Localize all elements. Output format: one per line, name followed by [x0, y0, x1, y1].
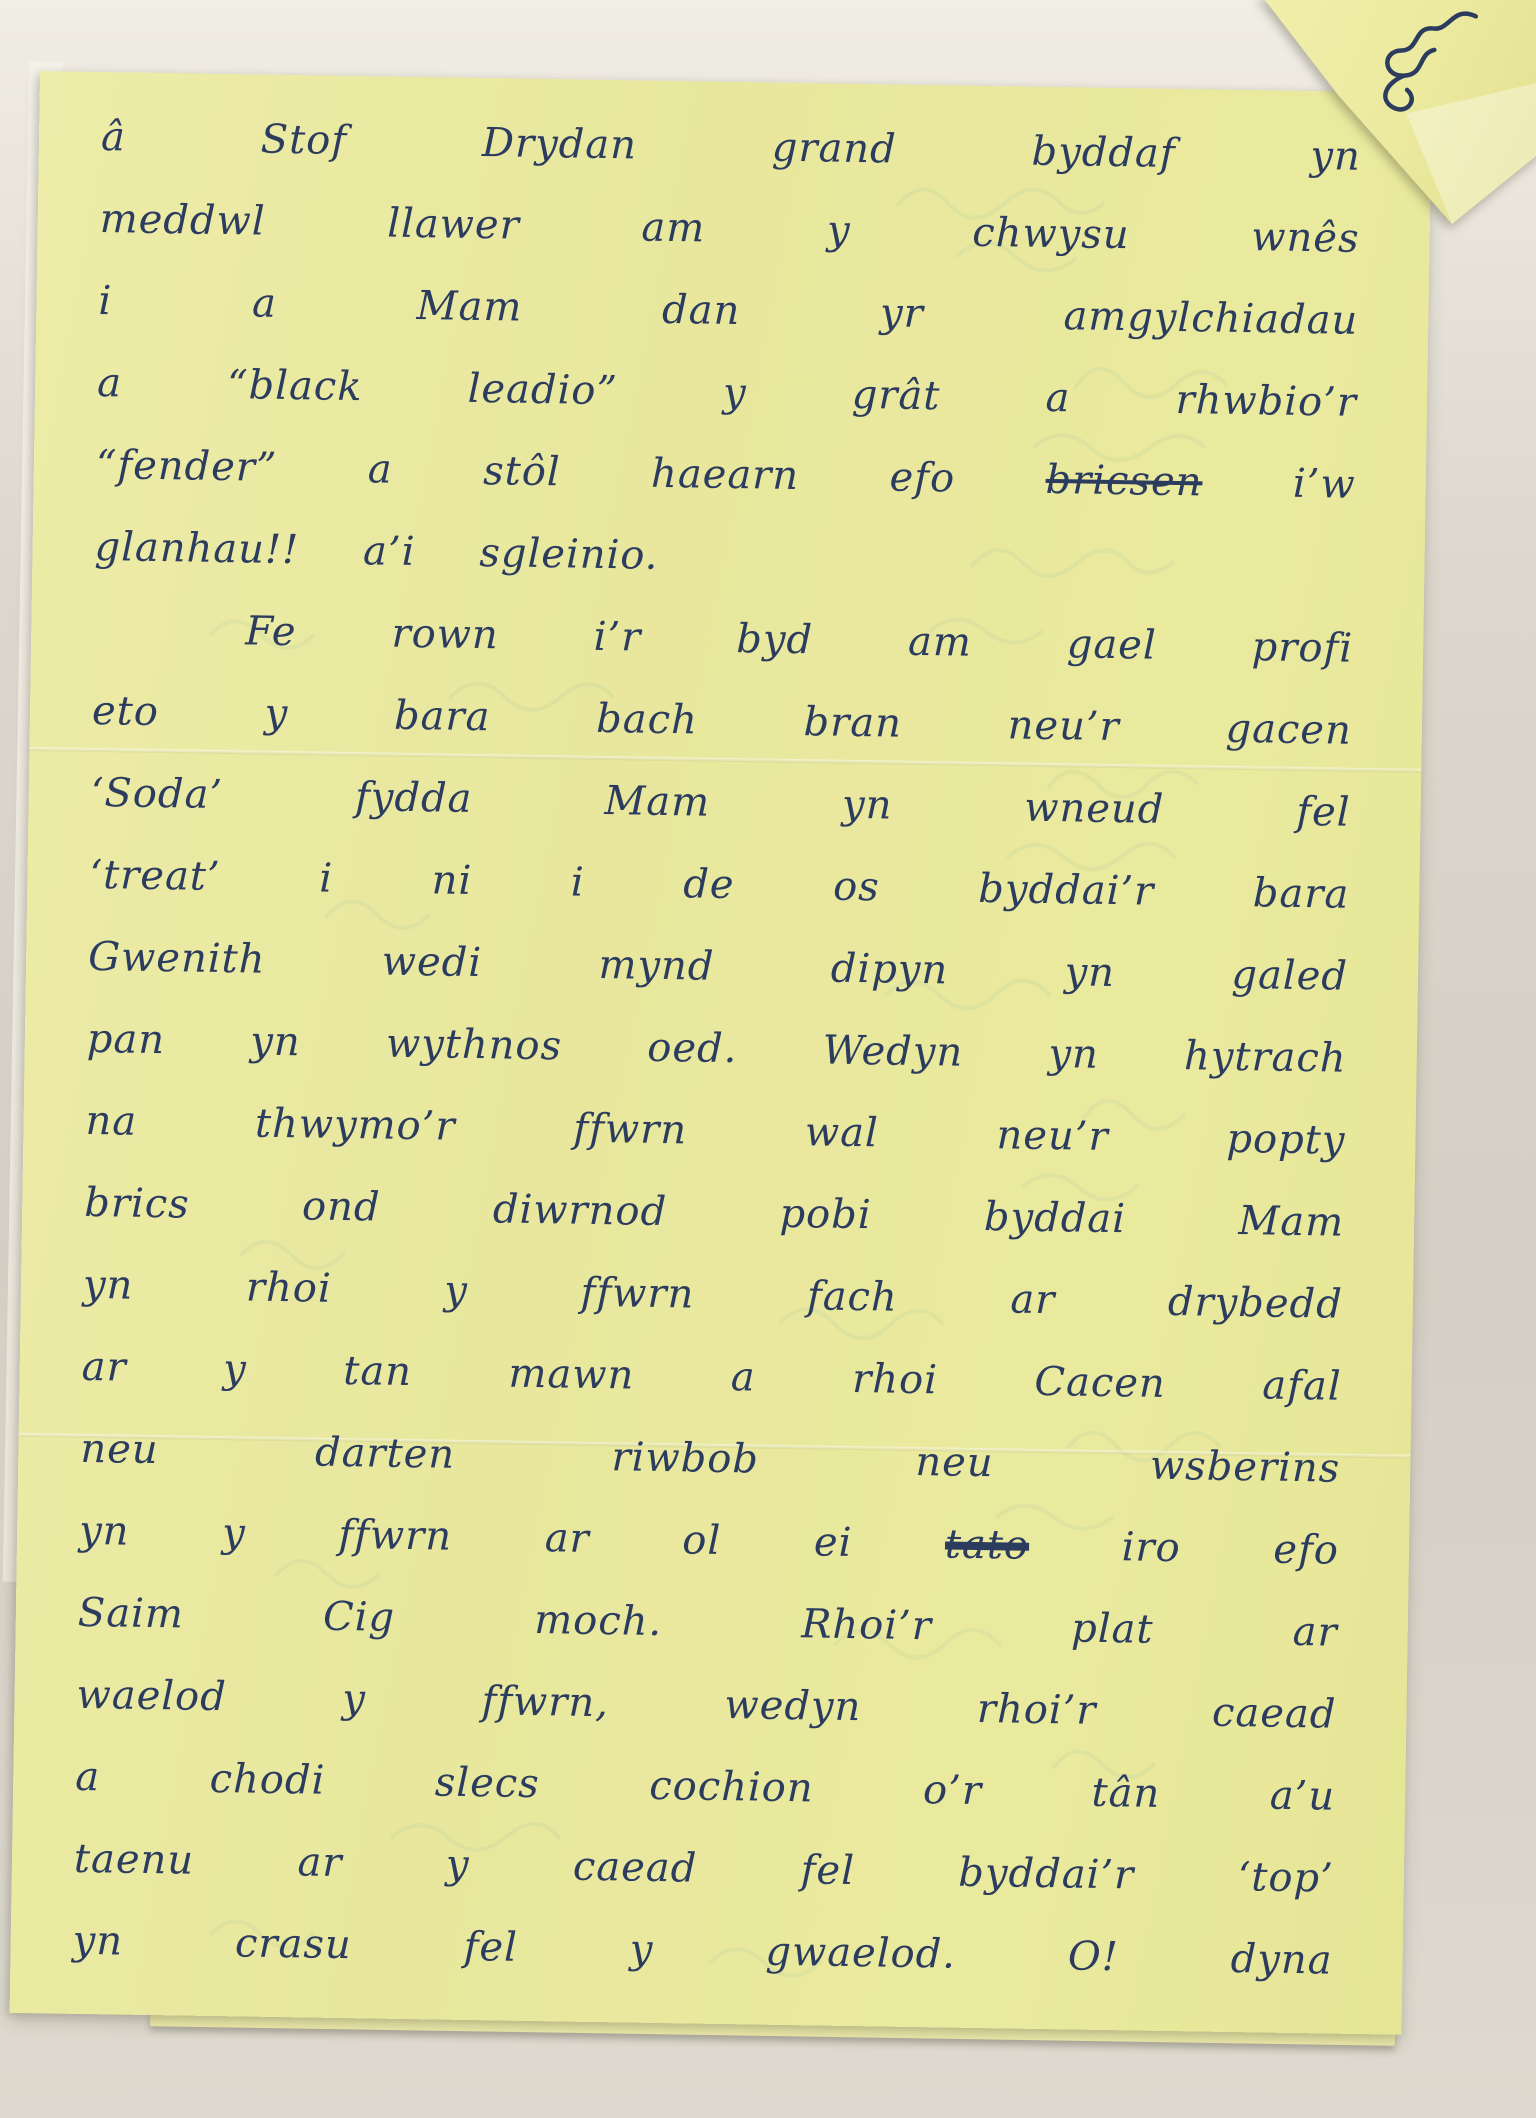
- letter-word: fel: [463, 1927, 518, 1968]
- letter-word: Cig: [323, 1597, 396, 1638]
- letter-word: a’u: [1269, 1776, 1335, 1817]
- letter-word: bach: [596, 699, 698, 741]
- letter-word: yn: [1048, 1034, 1099, 1075]
- letter-word: wneud: [1024, 788, 1165, 830]
- letter-word: ‘Soda’: [90, 773, 223, 815]
- letter-word: ei: [814, 1522, 853, 1563]
- letter-word: dyna: [1230, 1939, 1332, 1981]
- letter-word: fydda: [355, 777, 473, 819]
- letter-word: y: [264, 694, 288, 734]
- letter-word: os: [833, 867, 880, 908]
- letter-word: fel: [1296, 792, 1351, 833]
- letter-word: y: [223, 1349, 247, 1389]
- letter-word: y: [630, 1930, 654, 1970]
- letter-word: stôl: [483, 451, 561, 492]
- struck-word: bricsen: [1045, 460, 1202, 502]
- letter-word: bara: [394, 696, 491, 738]
- folded-note-corner: [1218, 0, 1536, 224]
- letter-word: dipyn: [831, 949, 949, 991]
- letter-word: riwbob: [611, 1437, 759, 1479]
- letter-word: rown: [391, 614, 499, 656]
- letter-word: yn: [1064, 952, 1115, 993]
- letter-word: plat: [1071, 1608, 1154, 1649]
- letter-word: dan: [662, 290, 741, 331]
- letter-word: Gwenith: [88, 937, 266, 980]
- letter-word: grât: [851, 375, 940, 416]
- letter-word: byddai: [984, 1197, 1127, 1239]
- letter-word: ar: [81, 1347, 127, 1388]
- letter-word: fel: [800, 1850, 855, 1891]
- letter-word: Mam: [416, 286, 522, 328]
- letter-word: i: [319, 859, 333, 899]
- letter-word: y: [444, 1271, 468, 1311]
- letter-word: neu’r: [996, 1115, 1109, 1157]
- letter-word: de: [683, 864, 735, 905]
- letter-word: neu: [80, 1429, 159, 1470]
- letter-word: byddaf: [1031, 132, 1176, 174]
- letter-word: efo: [889, 457, 955, 498]
- letter-word: â: [101, 117, 126, 157]
- letter-word: tan: [343, 1351, 412, 1392]
- letter-word: ar: [297, 1842, 343, 1883]
- letter-word: fach: [807, 1276, 898, 1317]
- letter-word: y: [827, 210, 851, 250]
- letter-word: Mam: [604, 781, 710, 823]
- letter-word: moch.: [534, 1600, 663, 1642]
- letter-word: thwymo’r: [255, 1104, 456, 1147]
- letter-word: Drydan: [482, 123, 638, 165]
- letter-word: yn: [79, 1511, 130, 1552]
- letter-word: efo: [1273, 1530, 1339, 1571]
- letter-word: ffwrn: [573, 1109, 687, 1151]
- letter-word: am: [908, 622, 972, 663]
- letter-word: drybedd: [1168, 1282, 1343, 1325]
- letter-word: amgylchiadau: [1063, 296, 1358, 341]
- letter-word: neu: [915, 1442, 994, 1483]
- letter-word: grand: [771, 128, 897, 170]
- letter-word: Wedyn: [822, 1030, 963, 1072]
- letter-word: tân: [1091, 1773, 1160, 1814]
- letter-word: “black: [227, 365, 363, 407]
- letter-word: yn: [842, 785, 893, 826]
- letter-word: rhoi: [852, 1359, 938, 1400]
- letter-word: Rhoi’r: [801, 1604, 932, 1646]
- letter-word: i’w: [1293, 464, 1356, 505]
- letter-word: bran: [803, 702, 902, 744]
- letter-word: o’r: [923, 1770, 983, 1811]
- struck-word: tato: [945, 1524, 1030, 1565]
- letter-word: ar: [1292, 1612, 1338, 1653]
- letter-page: âStofDrydangrandbyddafynmeddwlllaweramyc…: [10, 71, 1432, 2035]
- letter-word: gacen: [1225, 709, 1352, 751]
- letter-word: eto: [92, 691, 159, 732]
- letter-word: a’i: [363, 531, 416, 572]
- letter-word: caead: [573, 1847, 698, 1889]
- letter-word: ‘top’: [1237, 1857, 1334, 1899]
- letter-word: meddwl: [99, 199, 265, 242]
- letter-word: ffwrn,: [481, 1681, 609, 1723]
- letter-word: Stof: [260, 120, 347, 161]
- letter-word: O!: [1068, 1936, 1119, 1977]
- letter-word: wythnos: [386, 1024, 563, 1067]
- letter-word: ffwrn: [580, 1273, 694, 1315]
- letter-word: i: [571, 863, 585, 903]
- letter-word: iro: [1121, 1527, 1181, 1568]
- letter-word: y: [342, 1679, 366, 1719]
- letter-word: wedyn: [724, 1685, 861, 1727]
- letter-word: profi: [1251, 627, 1353, 669]
- letter-word: galed: [1231, 955, 1348, 997]
- letter-word: llawer: [387, 204, 520, 246]
- letter-word: rhwbio’r: [1175, 380, 1357, 423]
- letter-word: Mam: [1238, 1201, 1344, 1243]
- letter-word: hytrach: [1184, 1036, 1347, 1079]
- letter-word: yn: [72, 1921, 123, 1962]
- letter-word: chodi: [209, 1759, 325, 1801]
- letter-word: gwaelod.: [765, 1932, 956, 1975]
- letter-word: a: [97, 363, 122, 403]
- letter-word: ni: [431, 860, 472, 901]
- letter-word: ‘treat’: [89, 855, 221, 897]
- letter-word: byddai’r: [978, 869, 1154, 912]
- letter-word: ffwrn: [338, 1515, 452, 1557]
- letter-word: ol: [682, 1520, 721, 1561]
- letter-word: i’r: [593, 617, 641, 658]
- letter-word: bara: [1253, 873, 1350, 915]
- letter-word: ar: [544, 1518, 590, 1559]
- letter-word: ond: [302, 1186, 381, 1227]
- letter-word: taenu: [74, 1839, 195, 1881]
- letter-word: a: [1045, 378, 1070, 418]
- letter-word: popty: [1226, 1119, 1346, 1161]
- letter-word: afal: [1262, 1365, 1342, 1406]
- letter-word: yn: [250, 1021, 301, 1062]
- letter-word: Fe: [245, 611, 297, 652]
- letter-word: yn: [83, 1265, 134, 1306]
- letter-word: y: [723, 373, 747, 413]
- letter-word: mynd: [598, 945, 715, 987]
- letter-word: mawn: [508, 1354, 634, 1396]
- letter-word: Saim: [78, 1593, 185, 1635]
- letter-word: yr: [880, 293, 924, 334]
- letter-word: y: [446, 1845, 470, 1885]
- letter-word: leadio”: [467, 369, 618, 411]
- letter-word: cochion: [649, 1766, 814, 1809]
- letter-word: Cacen: [1034, 1362, 1166, 1404]
- letter-word: waelod: [76, 1675, 227, 1717]
- letter-word: caead: [1212, 1693, 1337, 1735]
- letter-word: oed.: [647, 1028, 738, 1069]
- letter-word: brics: [84, 1183, 190, 1225]
- letter-word: byd: [736, 619, 813, 660]
- letter-word: haearn: [651, 454, 800, 496]
- letter-word: sgleinio.: [479, 533, 659, 576]
- letter-word: chwysu: [972, 213, 1130, 255]
- letter-word: darten: [315, 1433, 456, 1475]
- letter-word: ar: [1010, 1279, 1056, 1320]
- letter-word: a: [368, 449, 393, 489]
- letter-word: glanhau!!: [94, 527, 299, 570]
- letter-word: na: [85, 1101, 137, 1142]
- letter-word: pobi: [779, 1194, 872, 1235]
- letter-word: wsberins: [1150, 1446, 1341, 1489]
- letter-word: crasu: [235, 1923, 352, 1965]
- letter-word: slecs: [435, 1762, 541, 1804]
- letter-word: pan: [87, 1019, 166, 1060]
- letter-word: rhoi’r: [977, 1689, 1097, 1731]
- letter-word: byddai’r: [958, 1853, 1134, 1896]
- letter-word: a: [731, 1357, 756, 1397]
- letter-word: wedi: [382, 942, 483, 984]
- letter-word: gael: [1067, 624, 1158, 665]
- letter-word: wal: [805, 1112, 880, 1153]
- letter-body: âStofDrydangrandbyddafynmeddwlllaweramyc…: [10, 71, 1432, 2035]
- letter-word: a: [75, 1757, 100, 1797]
- letter-word: a: [252, 283, 277, 323]
- letter-word: am: [641, 208, 705, 249]
- letter-word: neu’r: [1007, 705, 1120, 747]
- letter-word: i: [98, 281, 112, 321]
- letter-word: diwrnod: [493, 1189, 668, 1232]
- letter-word: rhoi: [246, 1267, 332, 1308]
- letter-word: “fender”: [96, 445, 278, 488]
- letter-word: y: [222, 1513, 246, 1553]
